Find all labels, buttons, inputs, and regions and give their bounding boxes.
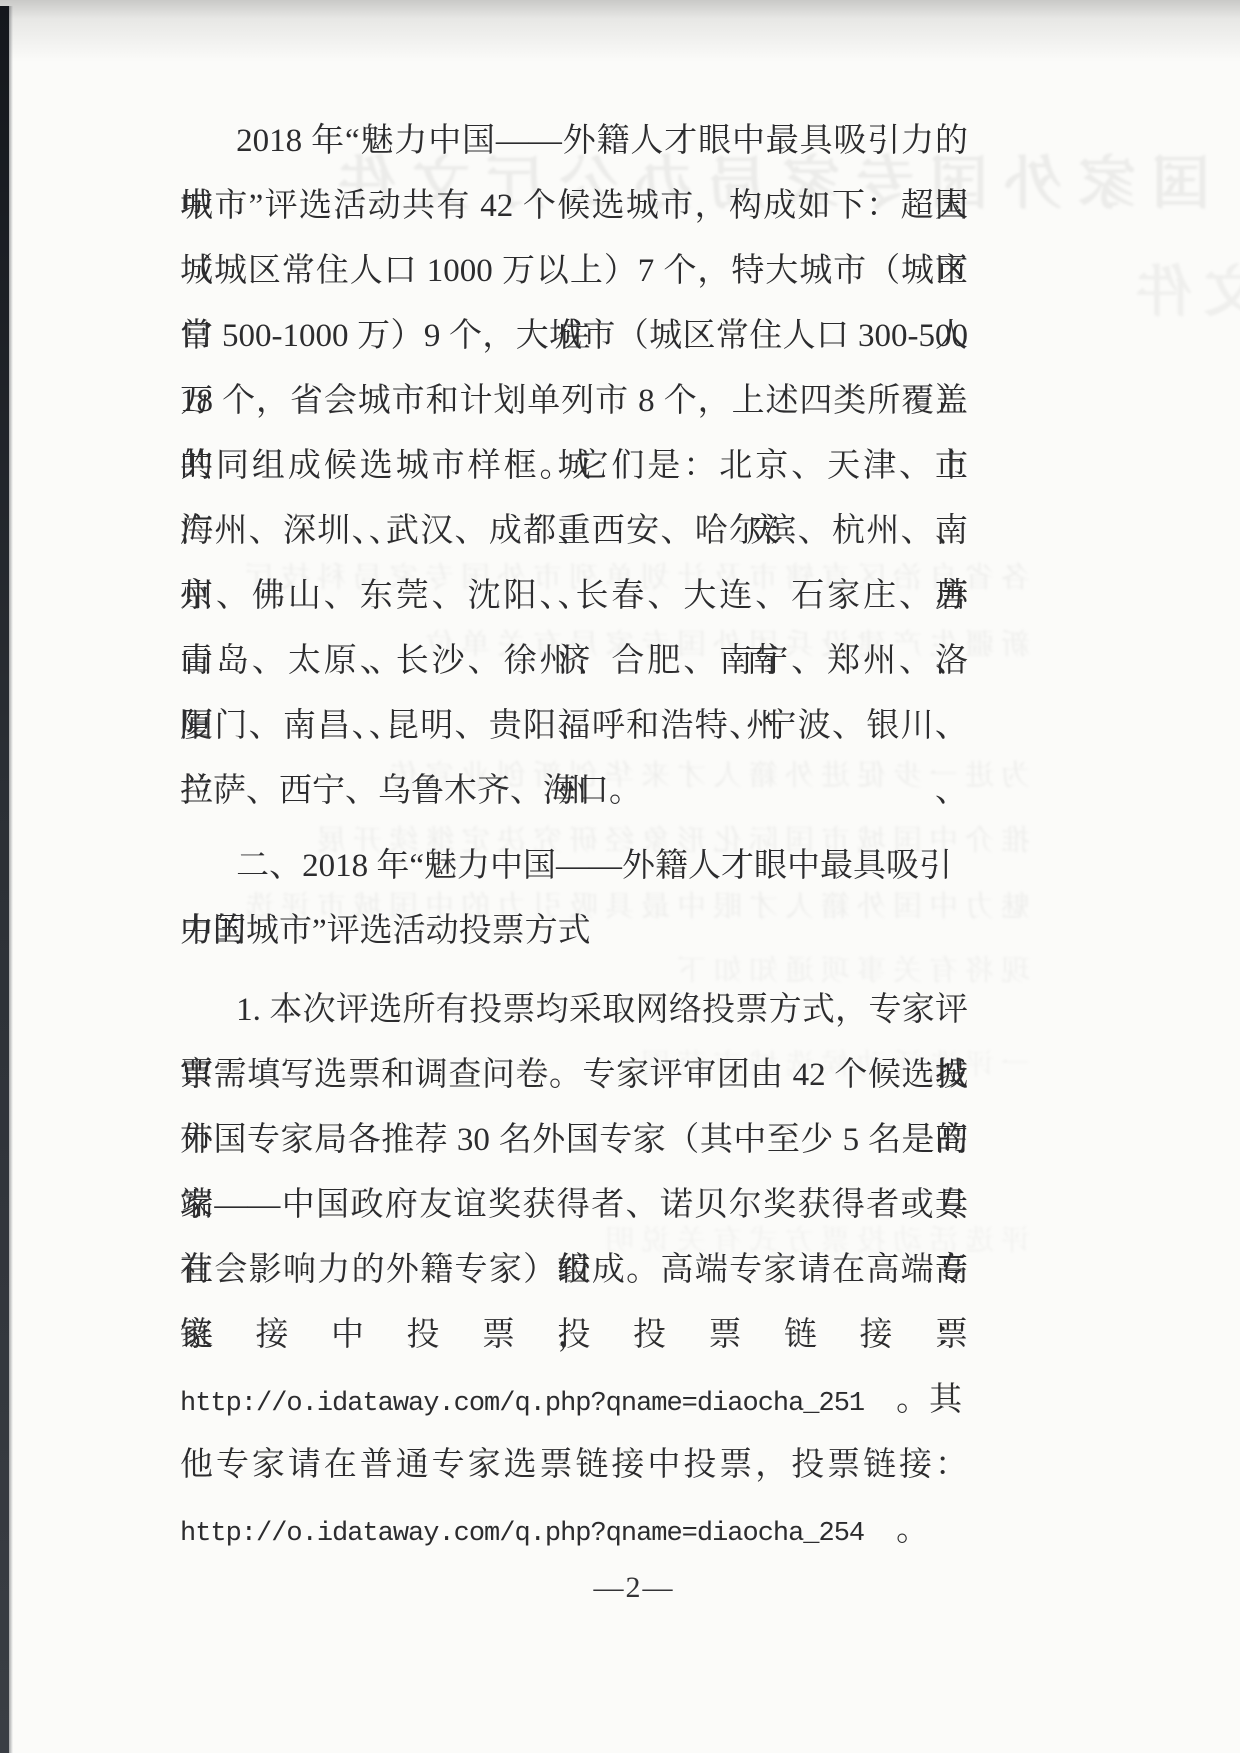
heading-line: 中国城市”评选活动投票方式 [180, 899, 968, 964]
text-line: 城市”评选活动共有 42 个候选城市，构成如下：超大城市 [180, 174, 968, 239]
scan-left-edge-shadow [0, 6, 9, 1753]
text-line: （城区常住人口 1000 万以上）7 个，特大城市（城区常住人 [180, 239, 968, 304]
text-line: 厦门、南昌、昆明、贵阳、呼和浩特、宁波、银川、兰州、 [180, 694, 968, 759]
text-line: 青岛、太原、长沙、徐州、合肥、南宁、郑州、洛阳、福州、 [180, 629, 968, 694]
text-line: 1. 本次评选所有投票均采取网络投票方式，专家评审投 [180, 978, 968, 1043]
url-suffix-text: 。 [896, 1512, 929, 1548]
heading-line: 二、2018 年“魅力中国——外籍人才眼中最具吸引力的 [180, 834, 968, 899]
text-line-url: http://o.idataway.com/q.php?qname=diaoch… [180, 1368, 968, 1433]
text-line: 家——中国政府友谊奖获得者、诺贝尔奖获得者或具有较高 [180, 1173, 968, 1238]
page-number: —2— [0, 1568, 1240, 1608]
document-body: 2018 年“魅力中国——外籍人才眼中最具吸引力的中国 城市”评选活动共有 42… [180, 109, 968, 1563]
scan-top-shadow [0, 0, 1240, 62]
scanned-document-page: 国家外国专家局办公厅文件 文件 各省自治区直辖市及计划单列市外国专家局科技厅 新… [0, 0, 1240, 1753]
vote-url-ordinary-experts: http://o.idataway.com/q.php?qname=diaoch… [180, 1519, 864, 1549]
text-line: 口 500-1000 万）9 个，大城市（城区常住人口 300-500 万） [180, 304, 968, 369]
text-line: 他专家请在普通专家选票链接中投票，投票链接： [180, 1433, 968, 1498]
section-2-heading: 二、2018 年“魅力中国——外籍人才眼中最具吸引力的 中国城市”评选活动投票方… [180, 834, 968, 964]
bleedthrough-title-fragment: 文件 [1000, 248, 1240, 328]
paragraph-candidate-cities: 2018 年“魅力中国——外籍人才眼中最具吸引力的中国 城市”评选活动共有 42… [180, 109, 968, 824]
text-line: 社会影响力的外籍专家）组成。高端专家请在高端专家投票 [180, 1238, 968, 1303]
vote-url-high-end-experts: http://o.idataway.com/q.php?qname=diaoch… [180, 1389, 864, 1419]
url-suffix-text: 。其 [896, 1382, 962, 1418]
text-line: 共同组成候选城市样框。它们是：北京、天津、上海、重庆、 [180, 434, 968, 499]
text-line: 广州、深圳、武汉、成都、西安、哈尔滨、杭州、南京、苏 [180, 499, 968, 564]
scan-left-edge-soft-shadow [9, 6, 13, 1753]
text-line: 州、佛山、东莞、沈阳、长春、大连、石家庄、唐山、济南、 [180, 564, 968, 629]
text-line-url: http://o.idataway.com/q.php?qname=diaoch… [180, 1498, 968, 1563]
paragraph-voting-method: 1. 本次评选所有投票均采取网络投票方式，专家评审投 票需填写选票和调查问卷。专… [180, 978, 968, 1563]
text-line: 票需填写选票和调查问卷。专家评审团由 42 个候选城市的 [180, 1043, 968, 1108]
text-line: 18 个，省会城市和计划单列市 8 个，上述四类所覆盖的城市 [180, 369, 968, 434]
text-line: 链接中投票，投票链接： [180, 1303, 968, 1368]
text-line: 外国专家局各推荐 30 名外国专家（其中至少 5 名是高端专 [180, 1108, 968, 1173]
text-line: 2018 年“魅力中国——外籍人才眼中最具吸引力的中国 [180, 109, 968, 174]
